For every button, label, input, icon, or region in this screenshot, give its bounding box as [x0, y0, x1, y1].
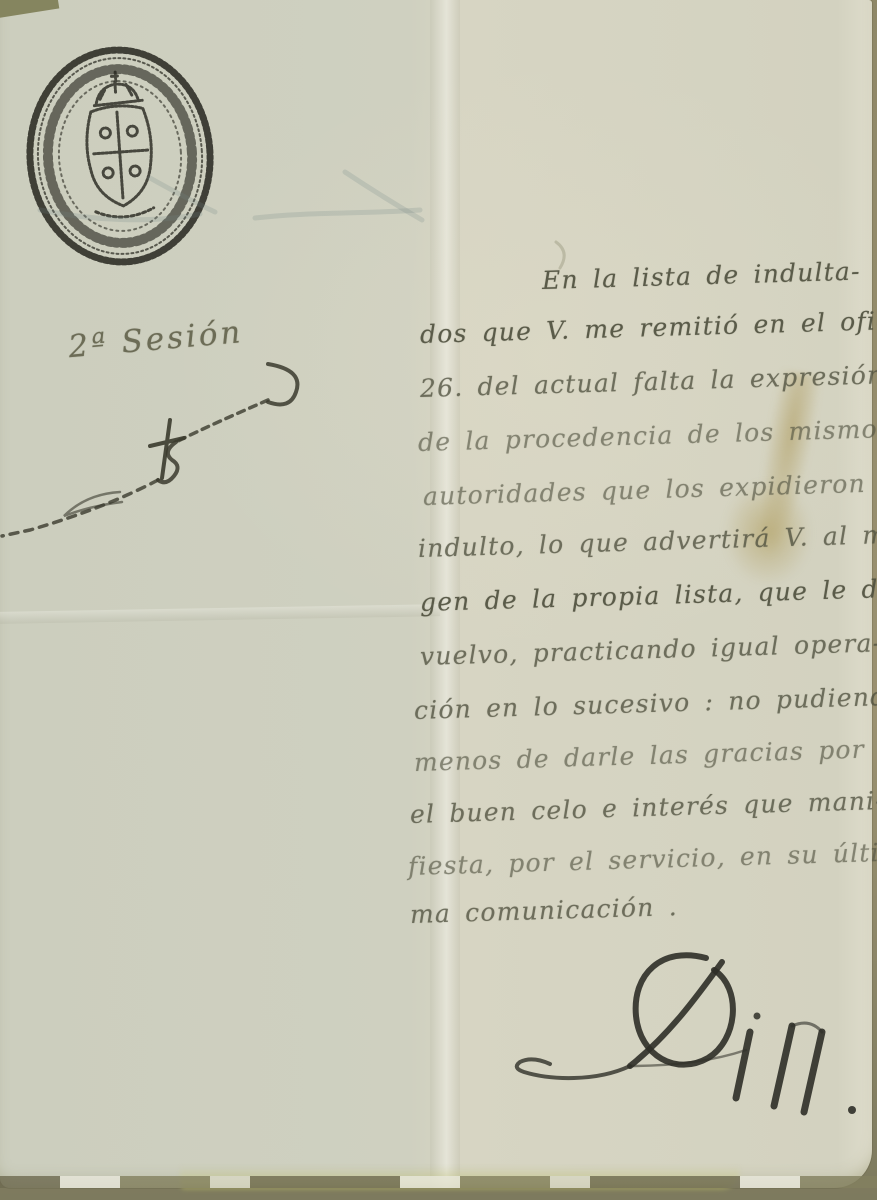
backing-board-edge [0, 1176, 877, 1188]
letter-line: ción en lo sucesivo : no pudiendo [414, 681, 877, 725]
letter-line: fiesta, por el servicio, en su últi- [408, 838, 877, 881]
letter-line: ma comunicación . [410, 892, 679, 929]
bleedthrough-ghost-marks [0, 120, 640, 300]
letter-line: el buen celo e interés que mani- [410, 786, 877, 829]
ink-stain-blot [722, 478, 814, 588]
letter-line: vuelvo, practicando igual opera- [420, 628, 877, 671]
rubric-flourish [0, 350, 320, 550]
letter-line: menos de darle las gracias por [414, 735, 866, 777]
closing-word-dios [510, 940, 877, 1170]
manuscript-page: 2ª Sesión En [0, 0, 872, 1188]
horizontal-crease [0, 604, 440, 624]
letter-line: dos que V. me remitió en el oficio de [420, 304, 877, 349]
